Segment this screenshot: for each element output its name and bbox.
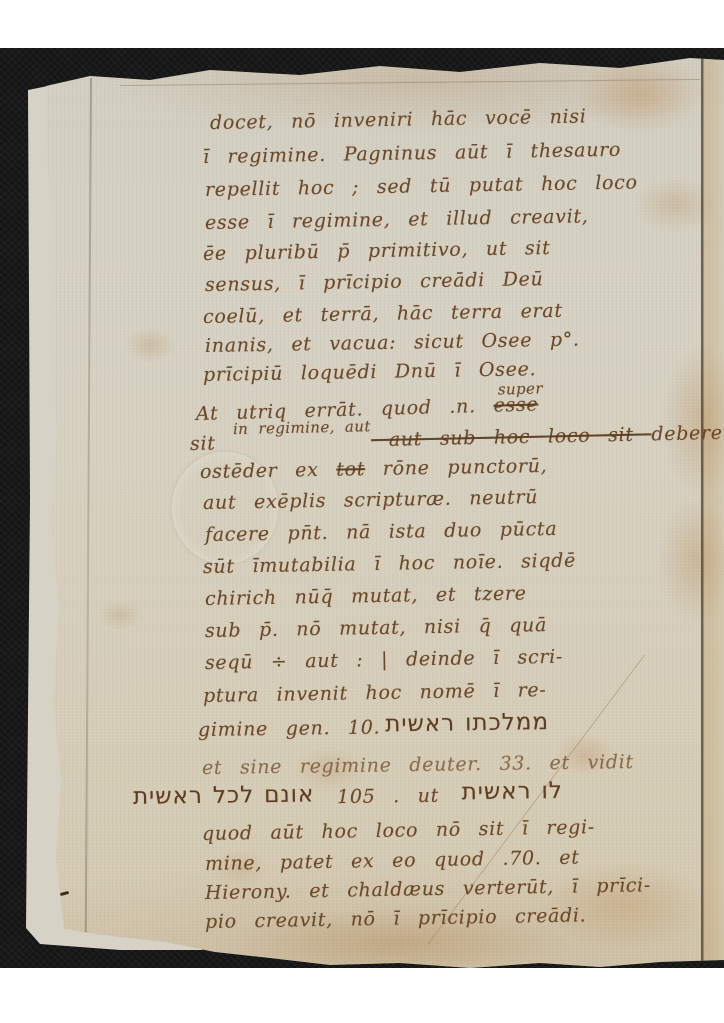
latin-text: docet, nō inveniri hāc vocē nisi xyxy=(210,105,587,134)
latin-text: esse ī regimine, et illud creavit, xyxy=(205,205,589,234)
hebrew-word: ראשית xyxy=(461,778,531,805)
inserted-text: super xyxy=(498,379,544,398)
manuscript-line: prīcipiū loquēdi Dnū ī Osee. xyxy=(203,358,537,386)
manuscript-line: sensus, ī prīcipio creādi Deū xyxy=(205,268,544,296)
manuscript-line: repellit hoc ; sed tū putat hoc loco xyxy=(205,171,638,201)
manuscript-line: chirich nūq̄ mutat, et tzere xyxy=(205,582,527,610)
latin-text: sensus, ī prīcipio creādi Deū xyxy=(205,268,544,296)
manuscript-line: ostēder ex tot rōne punctorū, xyxy=(200,455,548,483)
latin-text: mine, patet ex eo quod .70. et xyxy=(205,846,580,875)
struck-text: tot xyxy=(336,458,365,480)
latin-text: facere pn̄t. nā ista duo pūcta xyxy=(205,518,558,546)
latin-text: sit xyxy=(190,432,234,455)
hebrew-word: לו xyxy=(541,778,563,804)
scan-border-top xyxy=(0,0,724,48)
latin-text: coelū, et terrā, hāc terra erat xyxy=(203,300,563,328)
text-layer: docet, nō inveniri hāc vocē nisiī regimi… xyxy=(0,0,724,1023)
latin-text: 105 . ut xyxy=(319,784,457,808)
latin-text: rōne punctorū, xyxy=(365,455,548,480)
manuscript-line: ראשיתלכלאונם 105 . ut ראשיתלו xyxy=(128,780,568,812)
latin-text: pio creavit, nō ī prīcipio creādi. xyxy=(205,904,587,933)
inserted-text: in regimine, aut xyxy=(233,417,371,438)
manuscript-line: sūt īmutabilia ī hoc noīe. siqdē xyxy=(203,549,576,578)
latin-text: quod aūt hoc loco nō sit ī regi- xyxy=(202,816,595,845)
manuscript-line: ēe pluribū p̄ primitivo, ut sit xyxy=(203,237,551,265)
manuscript-line: docet, nō inveniri hāc vocē nisi xyxy=(210,105,587,134)
latin-text: prīcipiū loquēdi Dnū ī Osee. xyxy=(203,358,537,386)
hebrew-word: ראשית xyxy=(385,710,455,737)
latin-text: Hierony. et chaldæus verterūt, ī prīci- xyxy=(205,874,651,904)
manuscript-line: sit in regimine, aut aut sub hoc loco si… xyxy=(190,422,724,455)
latin-text: aut exēplis scripturæ. neutrū xyxy=(203,486,538,514)
manuscript-line: ptura invenit hoc nomē ī re- xyxy=(203,679,547,707)
manuscript-line: mine, patet ex eo quod .70. et xyxy=(205,846,580,875)
manuscript-photograph: docet, nō inveniri hāc vocē nisiī regimi… xyxy=(0,0,724,1023)
latin-text: ēe pluribū p̄ primitivo, ut sit xyxy=(203,237,551,265)
struck-text: aut sub hoc loco sit xyxy=(371,423,652,451)
latin-text: sūt īmutabilia ī hoc noīe. siqdē xyxy=(203,549,576,578)
manuscript-line: sub p̄. nō mutat, nisi q̄ quā xyxy=(205,614,547,642)
hebrew-word: לכל xyxy=(213,782,255,809)
manuscript-line: ī regimine. Pagninus aūt ī thesauro xyxy=(203,139,621,168)
scan-border-bottom xyxy=(0,968,724,1023)
manuscript-line: inanis, et vacua: sicut Osee p°. xyxy=(205,328,580,357)
latin-text: inanis, et vacua: sicut Osee p°. xyxy=(205,328,580,357)
hebrew-word: ממלכתו xyxy=(465,709,549,736)
manuscript-line: facere pn̄t. nā ista duo pūcta xyxy=(205,518,558,546)
latin-text-faint: et sine regimine deuter. 33. et vidit xyxy=(202,751,634,779)
manuscript-page: docet, nō inveniri hāc vocē nisiī regimi… xyxy=(0,0,724,1023)
latin-text: ostēder ex xyxy=(200,459,337,483)
latin-text: gimine gen. 10. xyxy=(198,716,381,741)
latin-text: ptura invenit hoc nomē ī re- xyxy=(203,679,547,707)
hebrew-word: אונם xyxy=(264,781,314,808)
manuscript-line: pio creavit, nō ī prīcipio creādi. xyxy=(205,904,587,933)
manuscript-line: seqū ÷ aut : | deinde ī scri- xyxy=(205,646,563,674)
manuscript-line: aut exēplis scripturæ. neutrū xyxy=(203,486,538,514)
latin-text: chirich nūq̄ mutat, et tzere xyxy=(205,582,527,610)
latin-text: sub p̄. nō mutat, nisi q̄ quā xyxy=(205,614,547,642)
manuscript-line: et sine regimine deuter. 33. et vidit xyxy=(202,751,634,779)
manuscript-line: esse ī regimine, et illud creavit, xyxy=(205,205,589,234)
latin-text: deberet xyxy=(651,422,724,446)
manuscript-line: gimine gen. 10.ראשיתממלכתו xyxy=(198,711,554,742)
latin-text: repellit hoc ; sed tū putat hoc loco xyxy=(205,171,638,201)
latin-text: seqū ÷ aut : | deinde ī scri- xyxy=(205,646,563,674)
latin-text: ī regimine. Pagninus aūt ī thesauro xyxy=(203,139,621,168)
hebrew-word: ראשית xyxy=(133,783,203,810)
manuscript-line: coelū, et terrā, hāc terra erat xyxy=(203,300,563,328)
manuscript-line: quod aūt hoc loco nō sit ī regi- xyxy=(202,816,595,845)
manuscript-line: Hierony. et chaldæus verterūt, ī prīci- xyxy=(205,874,651,904)
